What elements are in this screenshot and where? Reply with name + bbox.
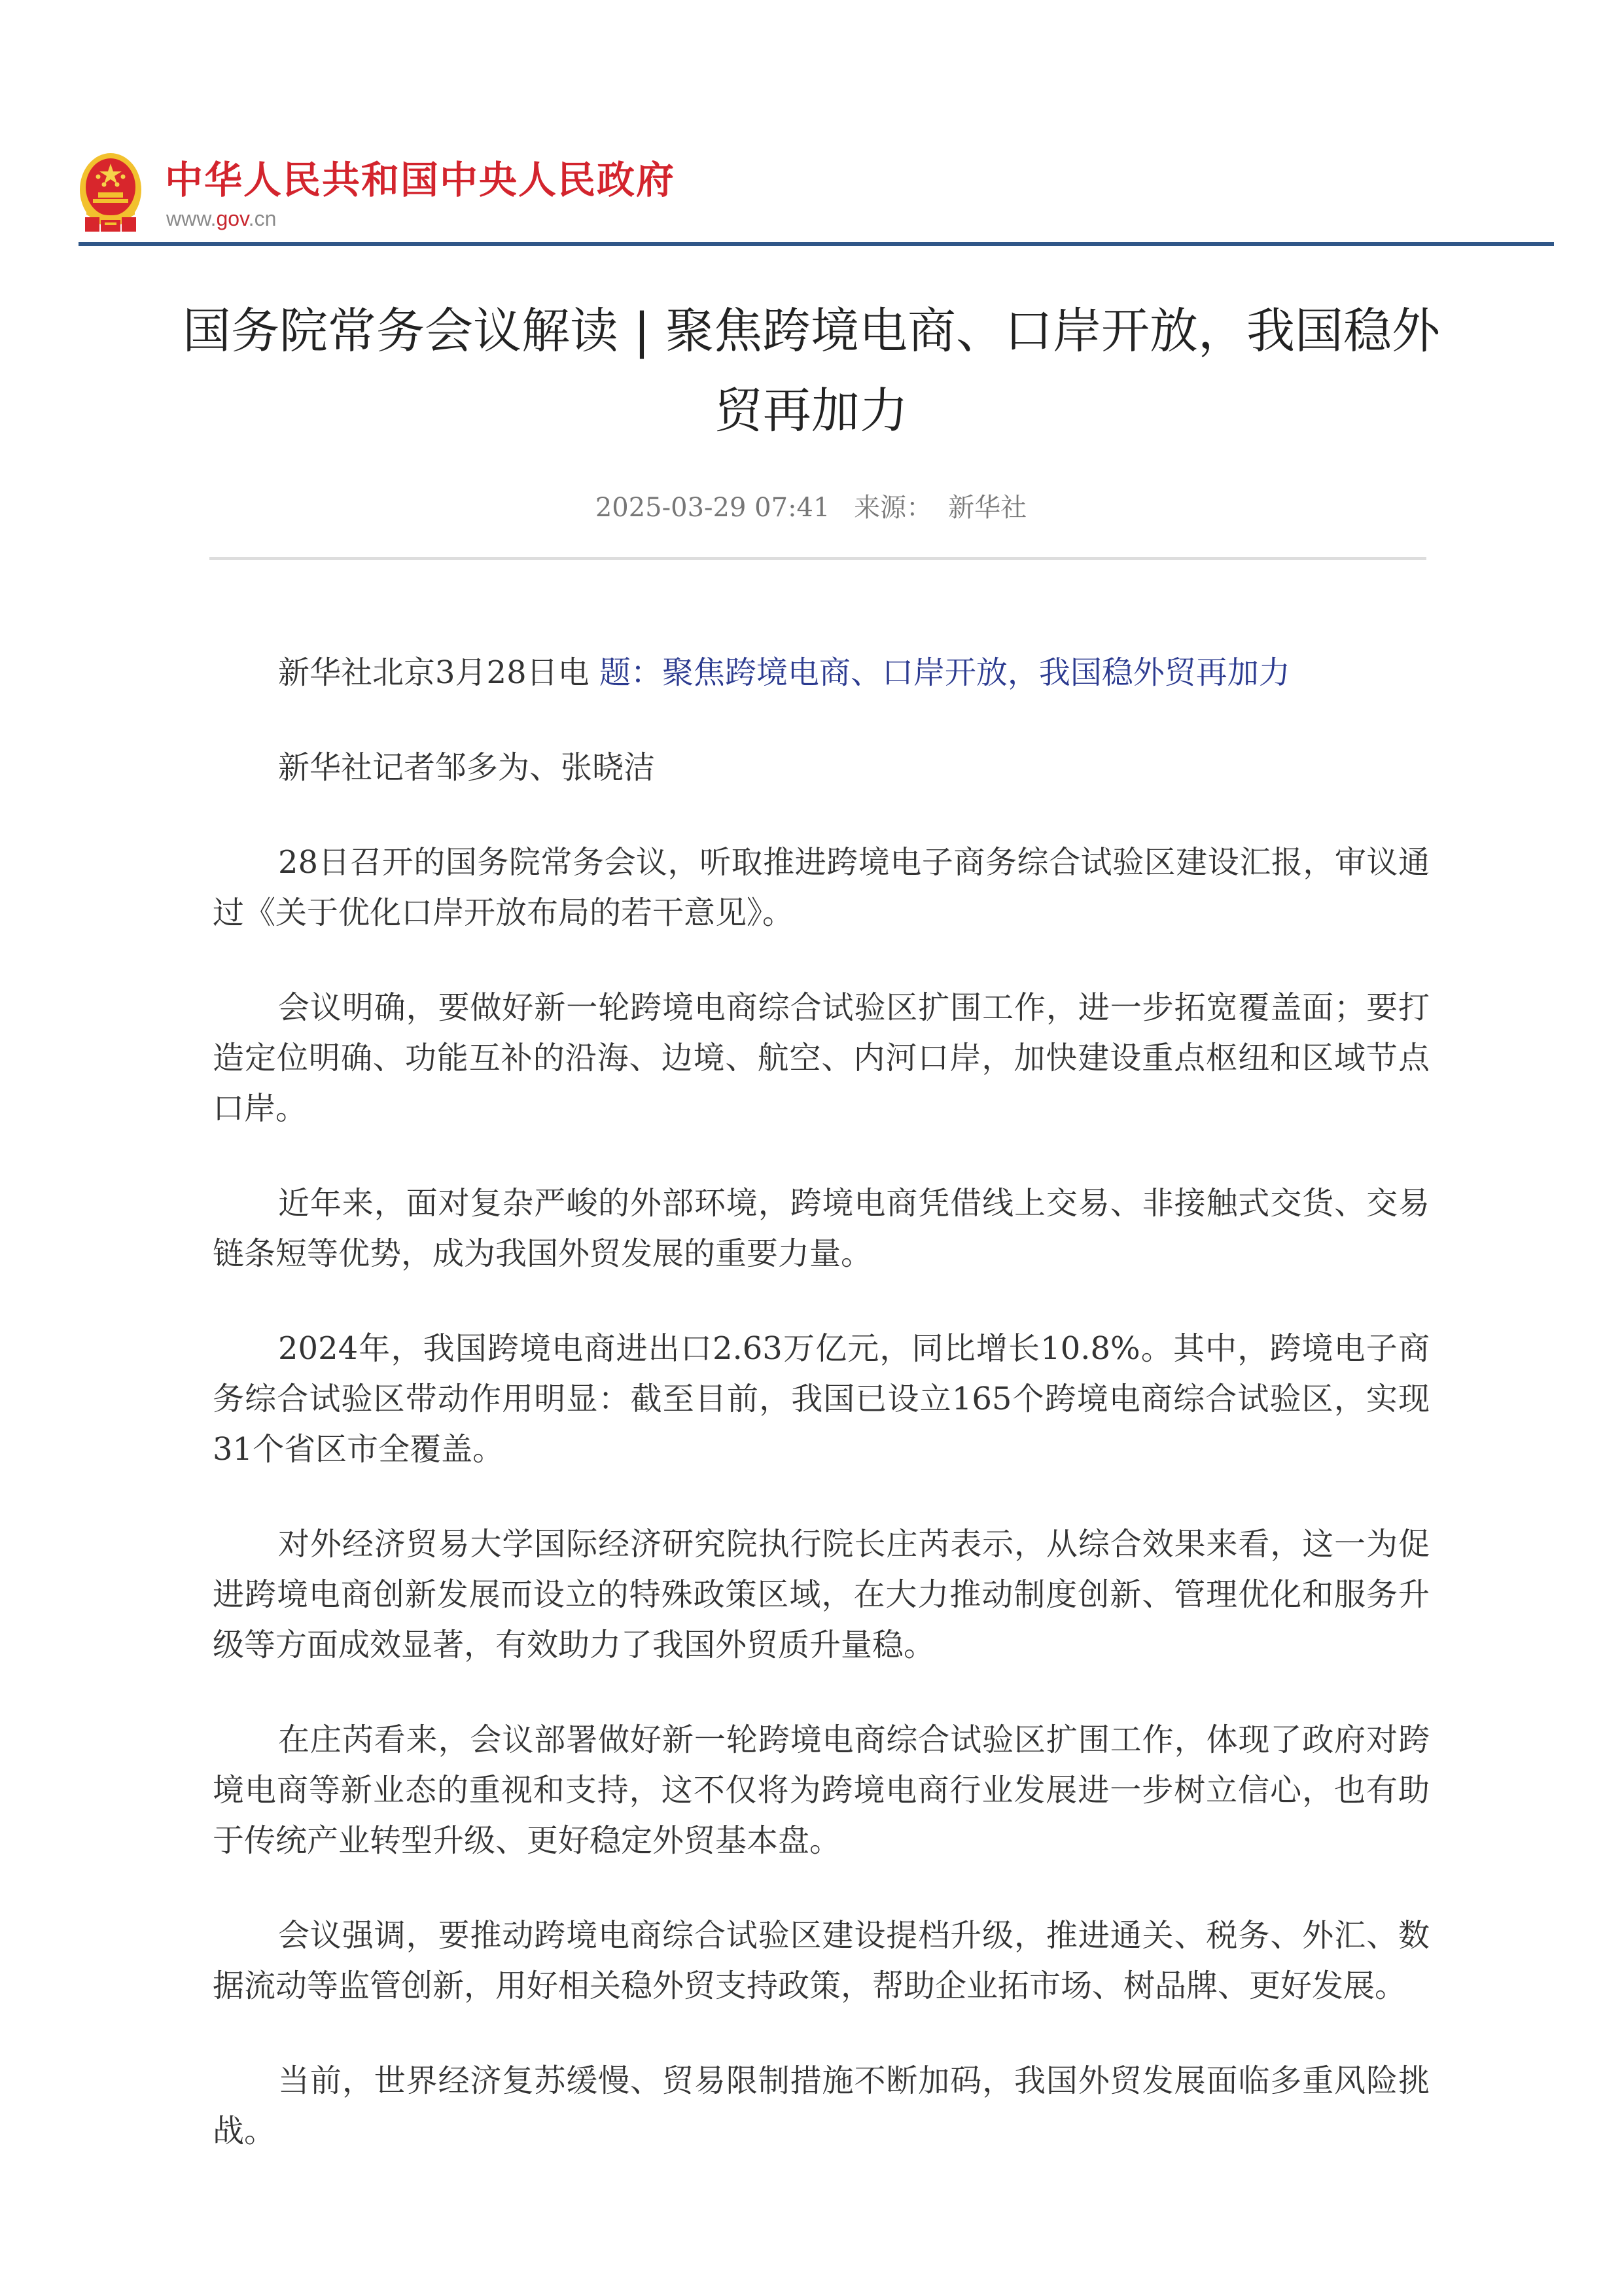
body-paragraph: 会议明确，要做好新一轮跨境电商综合试验区扩围工作，进一步拓宽覆盖面；要打造定位明… xyxy=(213,983,1430,1134)
site-header: 中华人民共和国中央人民政府 www.gov.cn xyxy=(79,152,1554,237)
dateline: 新华社北京3月28日电 xyxy=(278,654,590,691)
site-url-prefix: www. xyxy=(166,207,216,230)
article-meta: 2025-03-29 07:41 来源：新华社 xyxy=(0,489,1622,526)
byline: 新华社记者邹多为、张晓洁 xyxy=(213,743,1430,793)
body-paragraph: 会议强调，要推动跨境电商综合试验区建设提档升级，推进通关、税务、外汇、数据流动等… xyxy=(213,1911,1430,2011)
header-divider xyxy=(79,242,1554,246)
publish-date: 2025-03-29 07:41 xyxy=(595,493,830,523)
site-url-brand: gov xyxy=(216,207,248,230)
dateline-paragraph: 新华社北京3月28日电 题：聚焦跨境电商、口岸开放，我国稳外贸再加力 xyxy=(213,648,1430,698)
site-url[interactable]: www.gov.cn xyxy=(166,205,276,232)
site-url-suffix: .cn xyxy=(249,207,277,230)
body-paragraph: 近年来，面对复杂严峻的外部环境，跨境电商凭借线上交易、非接触式交货、交易链条短等… xyxy=(213,1178,1430,1279)
body-paragraph: 当前，世界经济复苏缓慢、贸易限制措施不断加码，我国外贸发展面临多重风险挑战。 xyxy=(213,2056,1430,2157)
article-title: 国务院常务会议解读 | 聚焦跨境电商、口岸开放，我国稳外贸再加力 xyxy=(170,291,1453,451)
body-paragraph: 在庄芮看来，会议部署做好新一轮跨境电商综合试验区扩围工作，体现了政府对跨境电商等… xyxy=(213,1715,1430,1866)
national-emblem-icon[interactable] xyxy=(79,152,143,233)
source-label: 来源： xyxy=(854,493,932,523)
inline-headline: 题：聚焦跨境电商、口岸开放，我国稳外贸再加力 xyxy=(599,654,1290,691)
meta-divider xyxy=(209,557,1426,560)
lead-paragraph: 28日召开的国务院常务会议，听取推进跨境电子商务综合试验区建设汇报，审议通过《关… xyxy=(213,838,1430,938)
source-name: 新华社 xyxy=(948,493,1027,523)
site-name[interactable]: 中华人民共和国中央人民政府 xyxy=(165,157,675,203)
article-body: 新华社北京3月28日电 题：聚焦跨境电商、口岸开放，我国稳外贸再加力 新华社记者… xyxy=(213,648,1430,2201)
body-paragraph: 对外经济贸易大学国际经济研究院执行院长庄芮表示，从综合效果来看，这一为促进跨境电… xyxy=(213,1519,1430,1670)
body-paragraph: 2024年，我国跨境电商进出口2.63万亿元，同比增长10.8%。其中，跨境电子… xyxy=(213,1324,1430,1475)
